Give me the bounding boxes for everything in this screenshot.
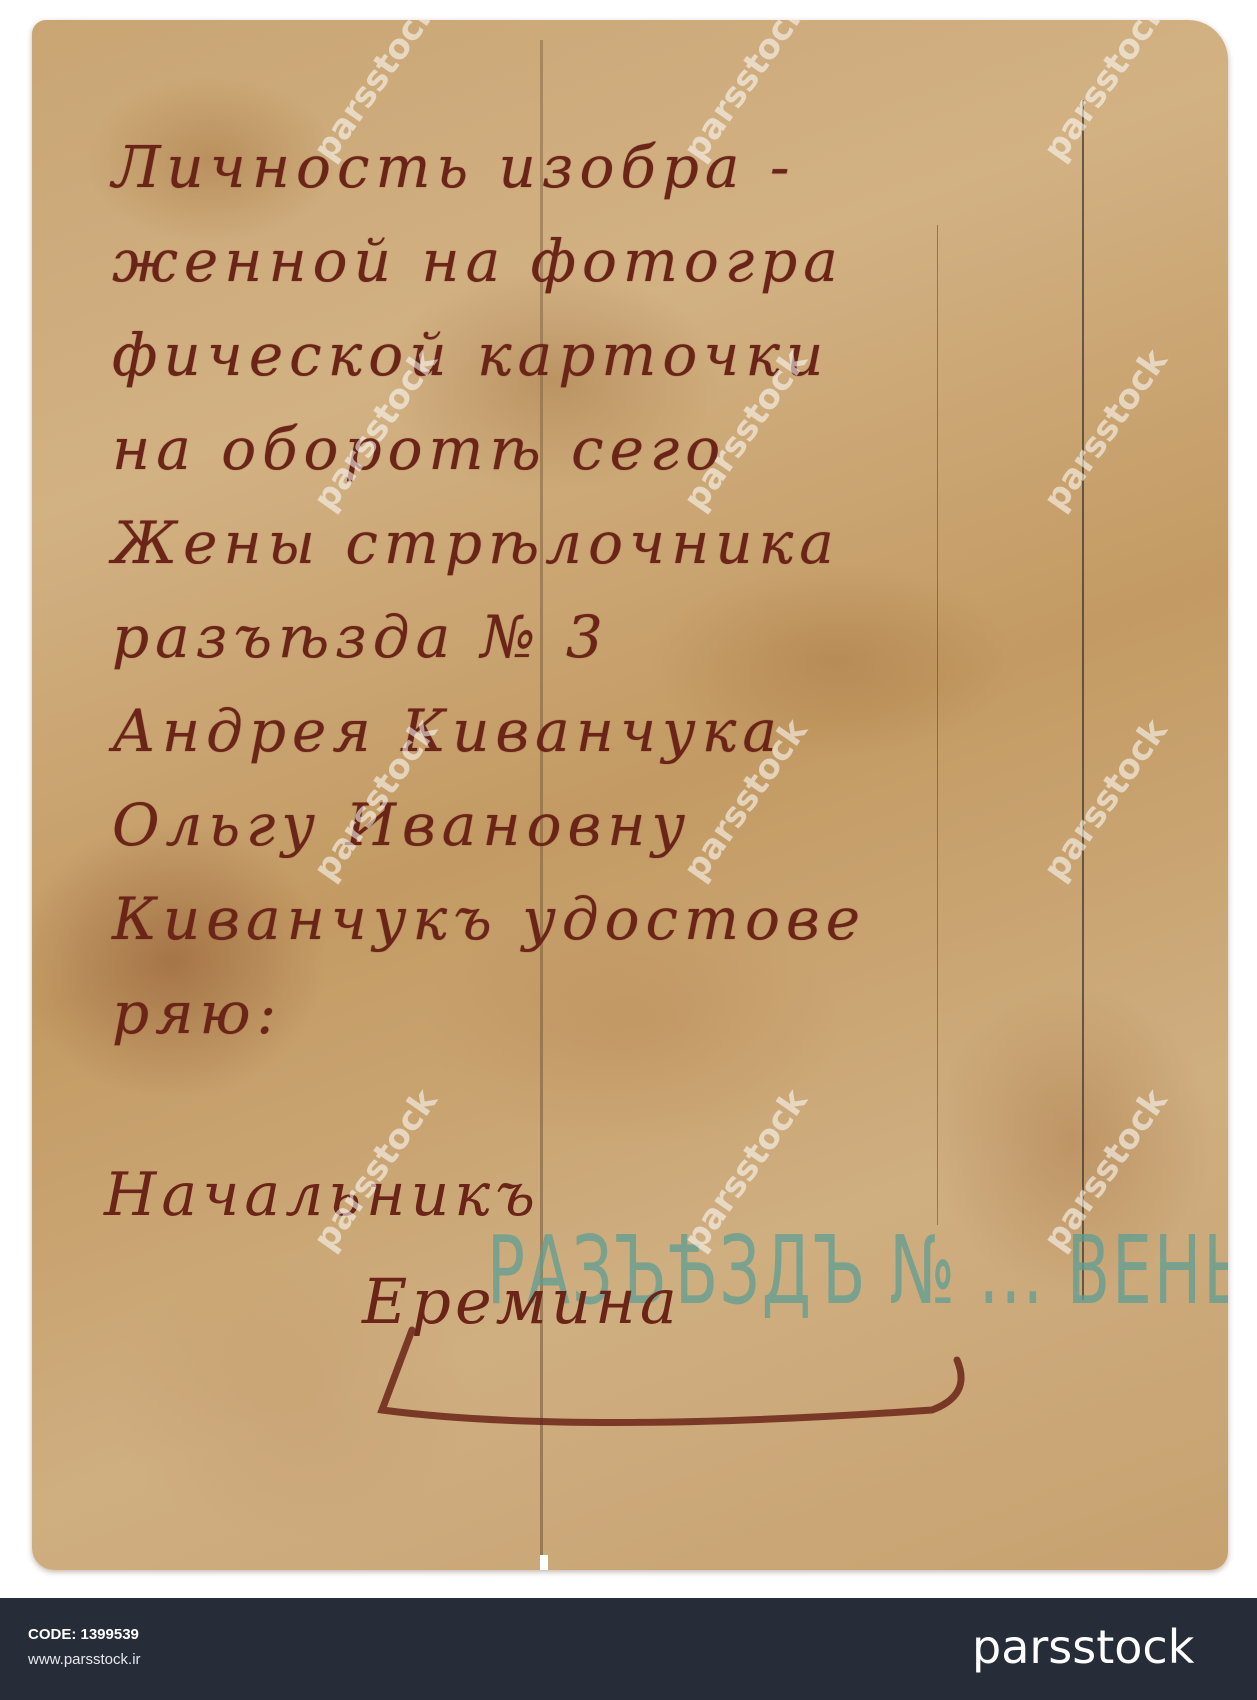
- image-code: CODE: 1399539: [28, 1626, 139, 1643]
- handwriting-line: разъѣзда № 3: [112, 590, 1192, 684]
- paper-tear: [540, 1555, 548, 1570]
- handwriting-line: Киванчукъ удостове: [112, 872, 1192, 966]
- handwriting-line: Жены стрѣлочника: [112, 496, 1192, 590]
- handwriting-line: фической карточки: [112, 308, 1192, 402]
- handwriting-line: Личность изобра -: [112, 120, 1192, 214]
- signature-title: Начальникъ: [104, 1160, 540, 1230]
- site-url[interactable]: www.parsstock.ir: [28, 1651, 141, 1668]
- handwriting-line: женной на фотогра: [112, 214, 1192, 308]
- brand-logo: parsstock: [972, 1620, 1194, 1674]
- handwriting-line: Ольгу Ивановну: [112, 778, 1192, 872]
- document-photo: Личность изобра - женной на фотогра фиче…: [0, 0, 1257, 1598]
- footer-bar: CODE: 1399539 www.parsstock.ir parsstock: [0, 1598, 1257, 1700]
- handwritten-text: Личность изобра - женной на фотогра фиче…: [112, 120, 1192, 1060]
- aged-paper-card: Личность изобра - женной на фотогра фиче…: [32, 20, 1228, 1570]
- handwriting-line: Андрея Киванчука: [112, 684, 1192, 778]
- handwriting-line: на оборотѣ сего: [112, 402, 1192, 496]
- handwriting-line: ряю:: [112, 966, 1192, 1060]
- signature-flourish: [372, 1320, 992, 1440]
